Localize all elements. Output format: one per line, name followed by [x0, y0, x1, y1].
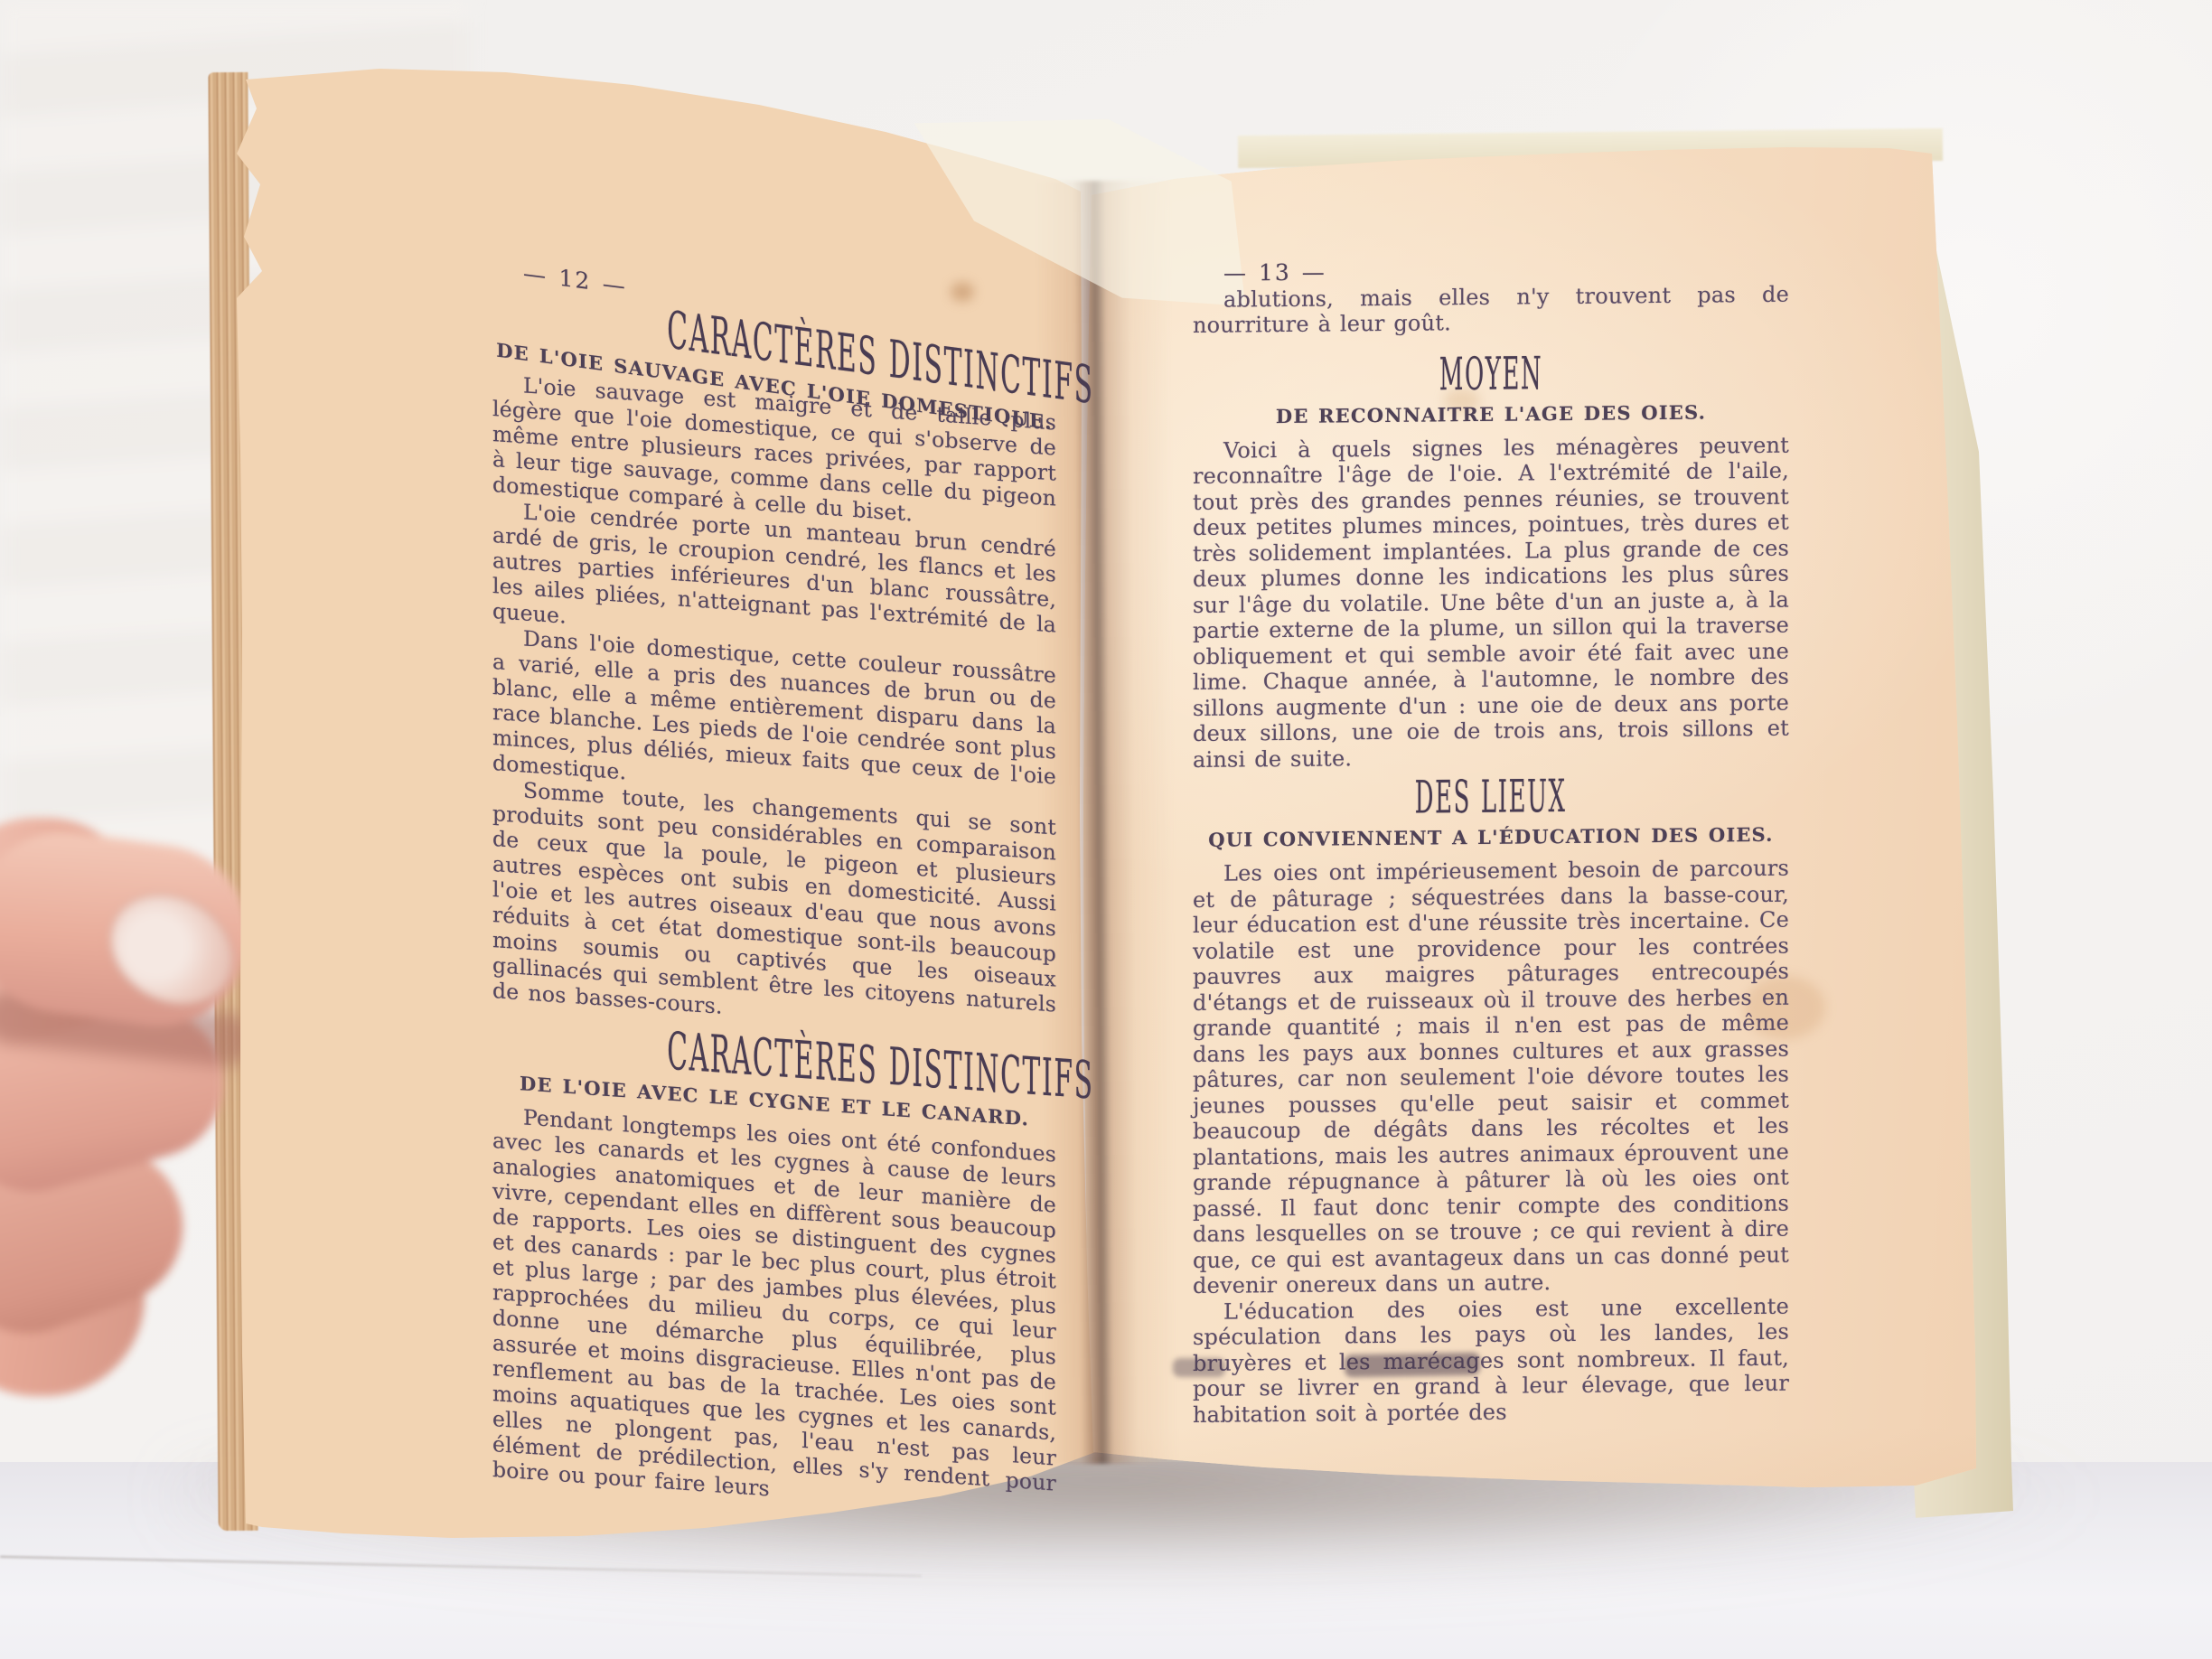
- right-page-text: — 13 — ablutions, mais elles n'y trouven…: [1193, 256, 1789, 1428]
- ink-smudge-overlay: [1345, 1353, 1480, 1378]
- paragraph: Les oies ont impérieusement besoin de pa…: [1193, 856, 1789, 1299]
- section-title: DES LIEUX: [1193, 773, 1789, 823]
- paragraph: Voici à quels signes les ménagères peuve…: [1193, 432, 1789, 773]
- section-subtitle: DE RECONNAITRE L'AGE DES OIES.: [1193, 399, 1789, 428]
- paragraph: Pendant longtemps les oies ont été confo…: [492, 1102, 1056, 1522]
- paragraph: Somme toute, les changements qui se sont…: [492, 775, 1056, 1043]
- ink-smudge-overlay: [1173, 1358, 1225, 1377]
- paragraph: L'éducation des oies est une excellente …: [1193, 1293, 1789, 1428]
- book-photo-scene: — 12 — CARACTÈRES DISTINCTIFS DE L'OIE S…: [0, 0, 2212, 1659]
- left-page-text: — 12 — CARACTÈRES DISTINCTIFS DE L'OIE S…: [492, 257, 1056, 1522]
- section-title: MOYEN: [1193, 349, 1789, 399]
- paragraph-continuation: ablutions, mais elles n'y trouvent pas d…: [1193, 281, 1789, 338]
- section-subtitle: QUI CONVIENNENT A L'ÉDUCATION DES OIES.: [1193, 823, 1789, 852]
